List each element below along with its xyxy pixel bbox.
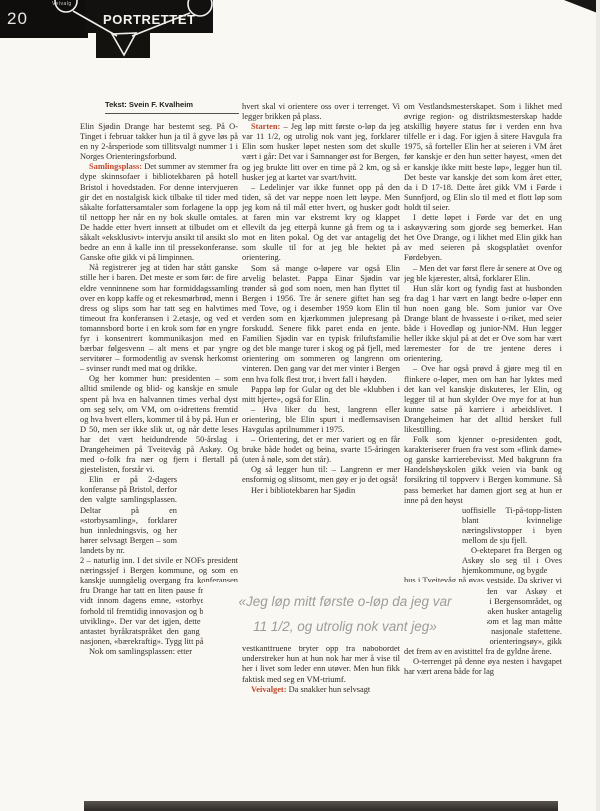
magazine-page: Veivalg 20 PORTRETTET Tekst: Svein F. Kv…: [0, 0, 600, 811]
text-segment: om Vestlandsmesterskapet. Som i likhet m…: [404, 102, 562, 506]
pull-quote: «Jeg løp mitt første o-løp da jeg var 11…: [203, 582, 487, 646]
column-gap: [242, 496, 400, 584]
text-segment: Elin Sjødin Drange har bestemt seg. På O…: [80, 122, 238, 475]
paragraph: hvert skal vi orientere oss over i terre…: [242, 102, 400, 122]
paragraph: Og her kommer hun: presidenten – som all…: [80, 374, 238, 475]
paragraph: Nok om samlingsplassen: etter: [80, 647, 238, 657]
paragraph-lead: Veivalget:: [251, 685, 289, 694]
paragraph-lead: Samlingsplass:: [89, 162, 144, 171]
paragraph: Samlingsplass: Det summer av stemmer fra…: [80, 162, 238, 263]
paragraph: Hun slår kort og fyndig fast at husbonde…: [404, 284, 562, 365]
paragraph: – Orientering, det er mer variert og en …: [242, 435, 400, 465]
paragraph: Nå registrerer jeg at tiden har stått ga…: [80, 263, 238, 374]
paragraph: O-terrenget på denne øya nesten i havgap…: [404, 657, 562, 677]
text-segment: uoffisielle Ti-på-topp-listen blant kvin…: [462, 506, 562, 577]
article-column-1: Elin Sjødin Drange har bestemt seg. På O…: [80, 122, 238, 808]
page-right-edge: [596, 0, 600, 811]
paragraph: I dette løpet i Førde var det en ung ask…: [404, 213, 562, 263]
paragraph: Og så legger hun til: – Langrenn er mer …: [242, 465, 400, 485]
photo-edge-band: [84, 801, 558, 811]
paragraph: Her i bibliotekbaren har Sjødin: [242, 486, 400, 496]
paragraph: – Hva liker du best, langrenn eller orie…: [242, 405, 400, 435]
paragraph: – Ove har også prøvd å gjøre meg til en …: [404, 364, 562, 435]
text-segment: Elin er på 2-dagers konferanse på Bristo…: [80, 475, 177, 556]
orienteering-course-icon: [0, 0, 222, 60]
paragraph: om Vestlandsmesterskapet. Som i likhet m…: [404, 102, 562, 213]
text-segment: hvert skal vi orientere oss over i terre…: [242, 102, 400, 496]
paragraph: uoffisielle Ti-på-topp-listen blant kvin…: [462, 506, 562, 546]
article-column-2: hvert skal vi orientere oss over i terre…: [242, 102, 400, 808]
page-number: 20: [7, 9, 28, 29]
paragraph: Pappa løp for Gular og det ble «klubben …: [242, 385, 400, 405]
paragraph: Veivalget: Da snakker hun selvsagt: [242, 685, 400, 695]
article-column-3: om Vestlandsmesterskapet. Som i likhet m…: [404, 102, 562, 808]
corner-scan-wedge: [564, 0, 600, 14]
paragraph: – Men det var først flere år senere at O…: [404, 264, 562, 284]
paragraph: O-ekteparet fra Bergen og Askøy slo seg …: [462, 546, 562, 576]
page-edge-label: Veivalg: [52, 1, 72, 7]
section-title: PORTRETTET: [103, 12, 211, 27]
paragraph: Starten: – Jeg løp mitt første o-løp da …: [242, 122, 400, 183]
paragraph: Folk som kjenner o-presidenten godt, kar…: [404, 435, 562, 506]
byline: Tekst: Svein F. Kvalheim: [105, 100, 239, 114]
paragraph: Som så mange o-løpere var også Elin arve…: [242, 264, 400, 385]
pull-quote-line-1: «Jeg løp mitt første o-løp da jeg var: [238, 589, 451, 614]
paragraph: Elin Sjødin Drange har bestemt seg. På O…: [80, 122, 238, 162]
pull-quote-line-2: 11 1/2, og utrolig nok vant jeg»: [253, 614, 437, 639]
paragraph-lead: Starten:: [251, 122, 283, 131]
paragraph: – Ledelinjer var ikke funnet opp på den …: [242, 183, 400, 264]
paragraph: Elin er på 2-dagers konferanse på Bristo…: [80, 475, 177, 556]
